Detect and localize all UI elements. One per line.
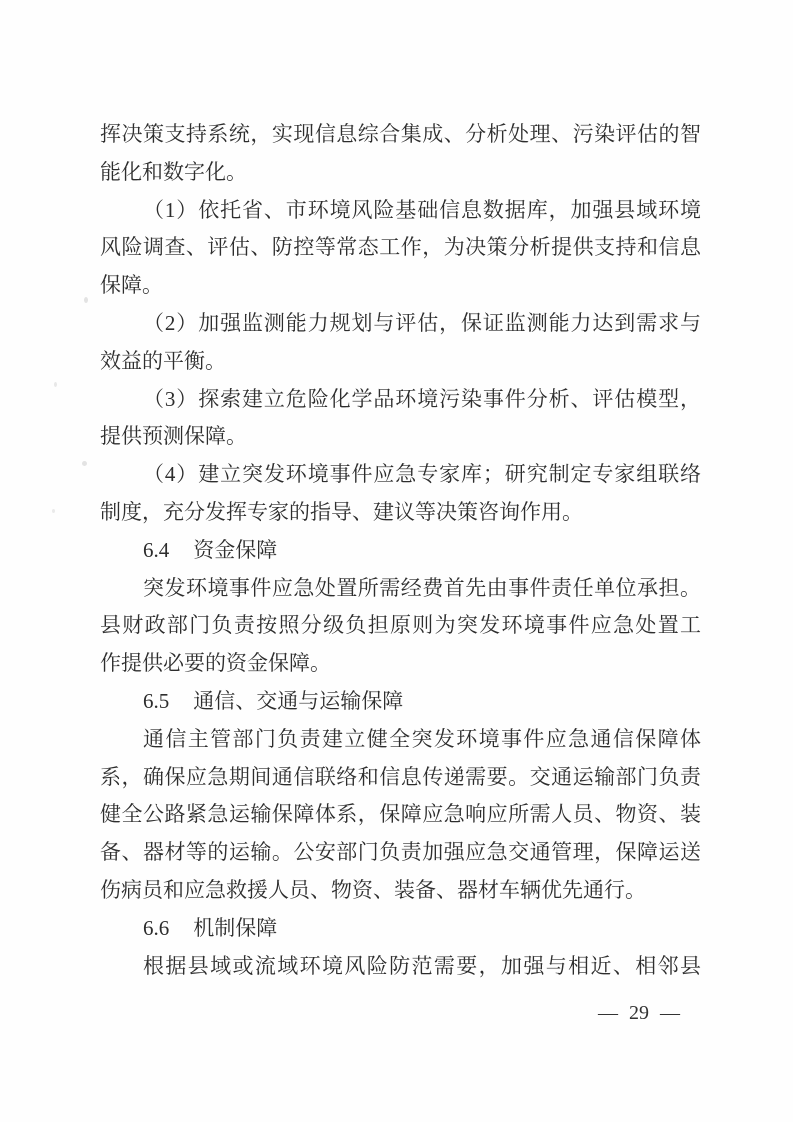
text-line: 通信主管部门负责建立健全突发环境事件应急通信保障体 — [100, 721, 701, 759]
text-line: 制度，充分发挥专家的指导、建议等决策咨询作用。 — [100, 494, 701, 532]
scan-artifact — [52, 509, 55, 513]
text-line: （1）依托省、市环境风险基础信息数据库，加强县域环境 — [100, 192, 701, 230]
text-line: 风险调查、评估、防控等常态工作，为决策分析提供支持和信息 — [100, 229, 701, 267]
text-line: 伤病员和应急救援人员、物资、装备、器材车辆优先通行。 — [100, 872, 701, 910]
text-line: 健全公路紧急运输保障体系，保障应急响应所需人员、物资、装 — [100, 796, 701, 834]
text-line: （3）探索建立危险化学品环境污染事件分析、评估模型， — [100, 381, 701, 419]
section-heading-6-6: 6.6机制保障 — [100, 910, 701, 948]
document-page: 挥决策支持系统，实现信息综合集成、分析处理、污染评估的智 能化和数字化。 （1）… — [0, 0, 793, 1122]
section-title: 机制保障 — [193, 916, 277, 940]
text-line: 保障。 — [100, 267, 701, 305]
section-number: 6.5 — [143, 683, 169, 721]
text-line: 作提供必要的资金保障。 — [100, 645, 701, 683]
scan-artifact — [84, 297, 88, 303]
text-line: 能化和数字化。 — [100, 154, 701, 192]
page-number: — 29 — — [598, 1000, 680, 1026]
text-line: 效益的平衡。 — [100, 343, 701, 381]
text-line: 备、器材等的运输。公安部门负责加强应急交通管理，保障运送 — [100, 834, 701, 872]
text-line: （4）建立突发环境事件应急专家库；研究制定专家组联络 — [100, 456, 701, 494]
scan-artifact — [82, 461, 87, 466]
section-title: 通信、交通与运输保障 — [193, 689, 403, 713]
section-heading-6-5: 6.5通信、交通与运输保障 — [100, 683, 701, 721]
text-line: 根据县域或流域环境风险防范需要，加强与相近、相邻县 — [100, 948, 701, 986]
section-heading-6-4: 6.4资金保障 — [100, 532, 701, 570]
scan-artifact — [54, 382, 57, 387]
text-line: 提供预测保障。 — [100, 418, 701, 456]
section-number: 6.4 — [143, 532, 169, 570]
text-line: 系，确保应急期间通信联络和信息传递需要。交通运输部门负责 — [100, 759, 701, 797]
page-number-text: — 29 — — [598, 1002, 680, 1024]
section-title: 资金保障 — [193, 538, 277, 562]
document-text: 挥决策支持系统，实现信息综合集成、分析处理、污染评估的智 能化和数字化。 （1）… — [100, 116, 701, 985]
text-line: 县财政部门负责按照分级负担原则为突发环境事件应急处置工 — [100, 607, 701, 645]
text-line: 突发环境事件应急处置所需经费首先由事件责任单位承担。 — [100, 570, 701, 608]
section-number: 6.6 — [143, 910, 169, 948]
text-line: （2）加强监测能力规划与评估，保证监测能力达到需求与 — [100, 305, 701, 343]
text-line: 挥决策支持系统，实现信息综合集成、分析处理、污染评估的智 — [100, 116, 701, 154]
